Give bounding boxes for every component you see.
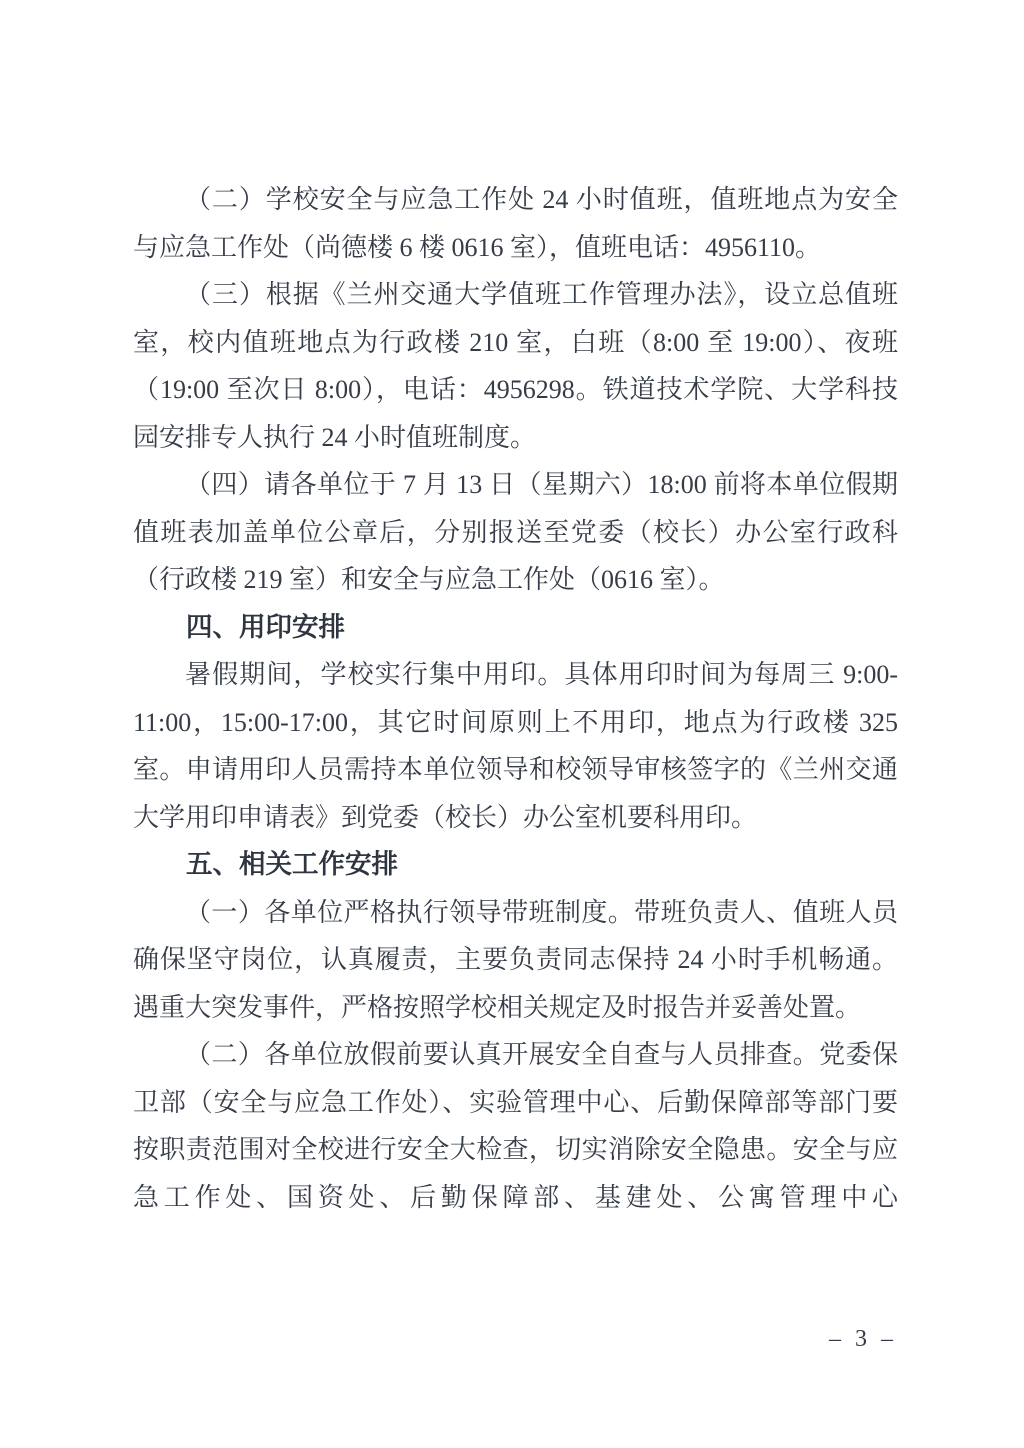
page-number: – 3 –	[829, 1324, 897, 1354]
paragraph-duty-security-office: （二）学校安全与应急工作处 24 小时值班，值班地点为安全与应急工作处（尚德楼 …	[133, 176, 898, 271]
document-body: （二）学校安全与应急工作处 24 小时值班，值班地点为安全与应急工作处（尚德楼 …	[133, 176, 898, 1221]
document-page: （二）学校安全与应急工作处 24 小时值班，值班地点为安全与应急工作处（尚德楼 …	[0, 0, 1024, 1448]
paragraph-seal-usage: 暑假期间，学校实行集中用印。具体用印时间为每周三 9:00-11:00，15:0…	[133, 651, 898, 841]
paragraph-duty-schedule-submission: （四）请各单位于 7 月 13 日（星期六）18:00 前将本单位假期值班表加盖…	[133, 461, 898, 604]
paragraph-leader-duty-system: （一）各单位严格执行领导带班制度。带班负责人、值班人员确保坚守岗位，认真履责，主…	[133, 889, 898, 1032]
section-heading-related-work: 五、相关工作安排	[133, 841, 898, 889]
section-heading-seal-arrangement: 四、用印安排	[133, 604, 898, 652]
paragraph-duty-general-room: （三）根据《兰州交通大学值班工作管理办法》，设立总值班室，校内值班地点为行政楼 …	[133, 271, 898, 461]
paragraph-safety-inspection: （二）各单位放假前要认真开展安全自查与人员排查。党委保卫部（安全与应急工作处）、…	[133, 1031, 898, 1221]
